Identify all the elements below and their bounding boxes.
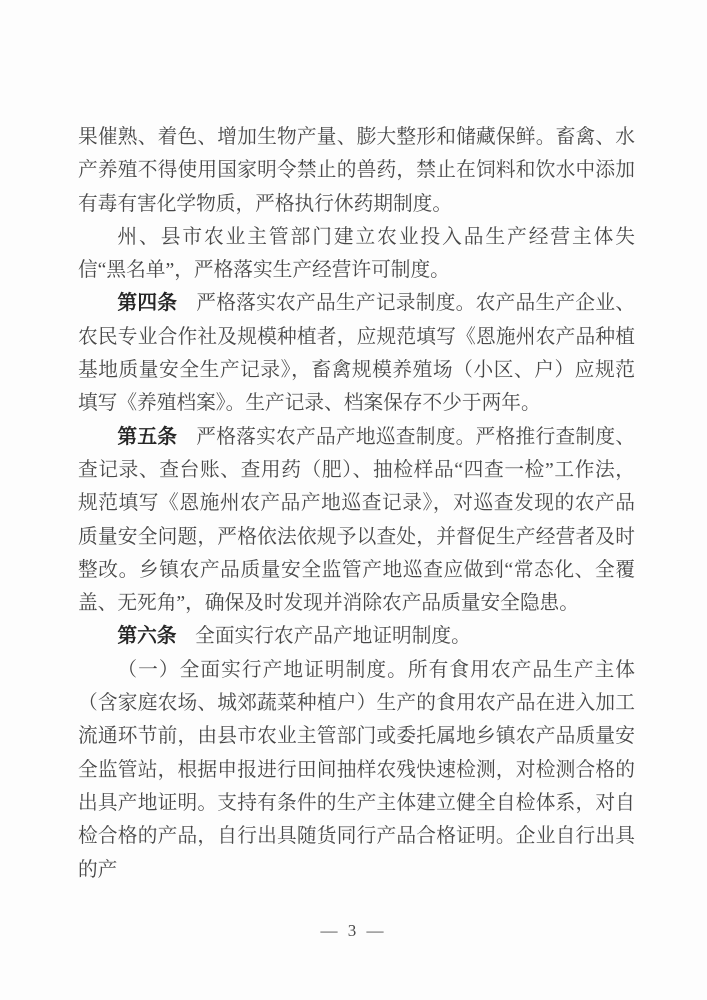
paragraph-text: 果催熟、着色、增加生物产量、膨大整形和储藏保鲜。畜禽、水产养殖不得使用国家明令禁… [78,126,635,215]
article-number-label: 第六条 [117,625,176,647]
article-paragraph: 第五条严格落实农产品产地巡查制度。严格推行查制度、查记录、查台账、查用药（肥）、… [78,421,635,621]
paragraph: （一）全面实行产地证明制度。所有食用农产品生产主体（含家庭农场、城郊蔬菜种植户）… [78,654,635,887]
page-number: — 3 — [0,919,707,943]
article-number-label: 第五条 [117,426,177,448]
paragraph-text: （一）全面实行产地证明制度。所有食用农产品生产主体（含家庭农场、城郊蔬菜种植户）… [78,659,635,881]
article-paragraph: 第四条严格落实农产品生产记录制度。农产品生产企业、农民专业合作社及规模种植者，应… [78,287,635,420]
document-page: 果催熟、着色、增加生物产量、膨大整形和储藏保鲜。畜禽、水产养殖不得使用国家明令禁… [0,0,707,1000]
paragraph-text: 全面实行农产品产地证明制度。 [195,625,471,647]
paragraph-text: 严格落实农产品产地巡查制度。严格推行查制度、查记录、查台账、查用药（肥）、抽检样… [78,426,635,614]
paragraph: 州、县市农业主管部门建立农业投入品生产经营主体失信“黑名单”，严格落实生产经营许… [78,221,635,288]
article-paragraph: 第六条全面实行农产品产地证明制度。 [78,620,635,653]
paragraph: 果催熟、着色、增加生物产量、膨大整形和储藏保鲜。畜禽、水产养殖不得使用国家明令禁… [78,121,635,221]
paragraph-text: 州、县市农业主管部门建立农业投入品生产经营主体失信“黑名单”，严格落实生产经营许… [78,226,635,281]
article-number-label: 第四条 [117,292,177,314]
document-body: 果催熟、着色、增加生物产量、膨大整形和储藏保鲜。畜禽、水产养殖不得使用国家明令禁… [78,121,635,887]
